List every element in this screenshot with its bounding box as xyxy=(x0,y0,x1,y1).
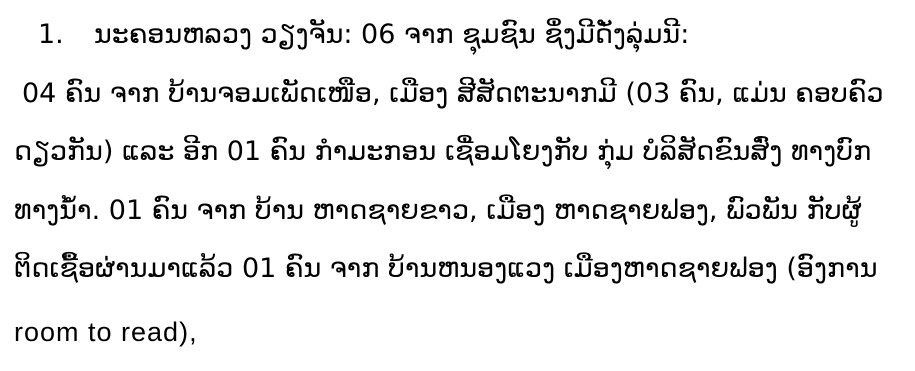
document-line: ດຽວກັນ) ແລະ ອີກ 01 ຄົນ ກຳມະກອນ ເຊື່ອມໂຍງ… xyxy=(14,123,905,182)
document-page: 1. ນະຄອນຫລວງ ວຽງຈັນ: 06 ຈາກ ຊຸມຊົນ ຊຶ່ງມ… xyxy=(0,0,915,371)
document-line: 04 ຄົນ ຈາກ ບ້ານຈອມເພັດເໜືອ, ເມືອງ ສີສັດຕ… xyxy=(14,65,905,124)
list-item-1: 1. ນະຄອນຫລວງ ວຽງຈັນ: 06 ຈາກ ຊຸມຊົນ ຊຶ່ງມ… xyxy=(14,6,905,65)
list-item-heading: ນະຄອນຫລວງ ວຽງຈັນ: 06 ຈາກ ຊຸມຊົນ ຊຶ່ງມີດັ… xyxy=(94,6,689,65)
document-line: room to read), xyxy=(14,299,905,365)
document-line: ຕິດເຊື້ອຜ່ານມາແລ້ວ 01 ຄົນ ຈາກ ບ້ານຫນອງແວ… xyxy=(14,240,905,299)
document-line: ທາງນໍ້າ. 01 ຄົນ ຈາກ ບ້ານ ຫາດຊາຍຂາວ, ເມືອ… xyxy=(14,182,905,241)
list-item-number: 1. xyxy=(38,6,94,65)
